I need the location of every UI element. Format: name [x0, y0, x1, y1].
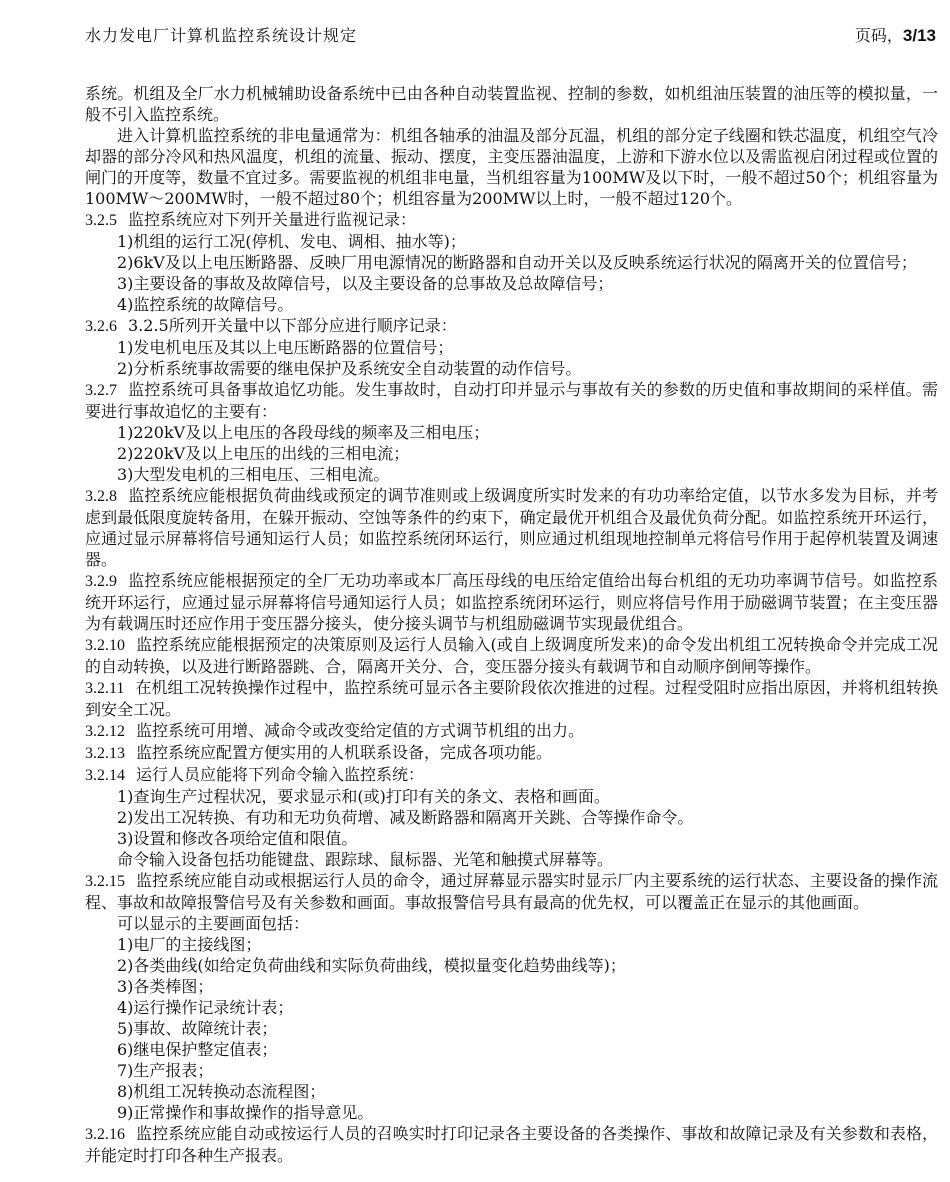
- section-text: 监控系统应能自动或根据运行人员的命令，通过屏幕显示器实时显示厂内主要系统的运行状…: [85, 871, 938, 912]
- list-item: 3)大型发电机的三相电压、三相电流。: [85, 464, 938, 485]
- section-number: 3.2.10: [85, 637, 125, 654]
- section-number: 3.2.8: [85, 488, 117, 505]
- page-header: 水力发电厂计算机监控系统设计规定 页码，3/13: [0, 0, 950, 46]
- section-number: 3.2.12: [85, 723, 125, 740]
- list-item: 5)事故、故障统计表；: [85, 1018, 938, 1039]
- list-item: 2)6kV及以上电压断路器、反映厂用电源情况的断路器和自动开关以及反映系统运行状…: [85, 252, 938, 273]
- list-item: 3)各类棒图；: [85, 976, 938, 997]
- list-item: 4)运行操作记录统计表；: [85, 997, 938, 1018]
- list-item: 1)机组的运行工况(停机、发电、调相、抽水等)；: [85, 231, 938, 252]
- section-number: 3.2.11: [85, 680, 124, 697]
- list-item: 6)继电保护整定值表；: [85, 1039, 938, 1060]
- section-number: 3.2.16: [85, 1126, 125, 1143]
- section-paragraph: 3.2.14运行人员应能将下列命令输入监控系统：: [85, 764, 938, 786]
- section-number: 3.2.9: [85, 573, 117, 590]
- section-paragraph: 3.2.10监控系统应能根据预定的决策原则及运行人员输入(或自上级调度所发来)的…: [85, 634, 938, 677]
- paragraph: 命令输入设备包括功能键盘、跟踪球、鼠标器、光笔和触摸式屏幕等。: [85, 849, 938, 870]
- section-paragraph: 3.2.9监控系统应能根据预定的全厂无功功率或本厂高压母线的电压给定值给出每台机…: [85, 570, 938, 634]
- section-paragraph: 3.2.8监控系统应能根据负荷曲线或预定的调节准则或上级调度所实时发来的有功功率…: [85, 485, 938, 570]
- document-body: 系统。机组及全厂水力机械辅助设备系统中已由各种自动装置监视、控制的参数，如机组油…: [85, 83, 938, 1166]
- list-item: 1)查询生产过程状况，要求显示和(或)打印有关的条文、表格和画面。: [85, 786, 938, 807]
- section-text: 监控系统应能根据预定的全厂无功功率或本厂高压母线的电压给定值给出每台机组的无功功…: [85, 571, 938, 633]
- section-paragraph: 3.2.12监控系统可用增、减命令或改变给定值的方式调节机组的出力。: [85, 720, 938, 742]
- list-item: 2)发出工况转换、有功和无功负荷增、减及断路器和隔离开关跳、合等操作命令。: [85, 807, 938, 828]
- list-item: 3)主要设备的事故及故障信号，以及主要设备的总事故及总故障信号；: [85, 273, 938, 294]
- list-item: 4)监控系统的故障信号。: [85, 294, 938, 315]
- section-paragraph: 3.2.16监控系统应能自动或按运行人员的召唤实时打印记录各主要设备的各类操作、…: [85, 1123, 938, 1166]
- paragraph: 系统。机组及全厂水力机械辅助设备系统中已由各种自动装置监视、控制的参数，如机组油…: [85, 83, 938, 125]
- section-text: 监控系统应能自动或按运行人员的召唤实时打印记录各主要设备的各类操作、事故和故障记…: [85, 1124, 938, 1165]
- list-item: 1)发电机电压及其以上电压断路器的位置信号；: [85, 337, 938, 358]
- section-number: 3.2.5: [85, 212, 117, 229]
- page-number: 3/13: [903, 26, 936, 45]
- list-item: 7)生产报表；: [85, 1060, 938, 1081]
- section-text: 3.2.5所列开关量中以下部分应进行顺序记录：: [128, 316, 457, 335]
- list-item: 1)220kV及以上电压的各段母线的频率及三相电压；: [85, 422, 938, 443]
- list-item: 1)电厂的主接线图；: [85, 934, 938, 955]
- document-title: 水力发电厂计算机监控系统设计规定: [85, 26, 357, 46]
- list-item: 3)设置和修改各项给定值和限值。: [85, 828, 938, 849]
- section-paragraph: 3.2.13监控系统应配置方便实用的人机联系设备，完成各项功能。: [85, 742, 938, 764]
- list-item: 2)220kV及以上电压的出线的三相电流；: [85, 443, 938, 464]
- section-number: 3.2.14: [85, 767, 125, 784]
- section-number: 3.2.7: [85, 382, 117, 399]
- paragraph: 进入计算机监控系统的非电量通常为：机组各轴承的油温及部分瓦温，机组的部分定子线圈…: [85, 125, 938, 209]
- paragraph: 可以显示的主要画面包括：: [85, 913, 938, 934]
- list-item: 9)正常操作和事故操作的指导意见。: [85, 1102, 938, 1123]
- section-paragraph: 3.2.11在机组工况转换操作过程中，监控系统可显示各主要阶段依次推进的过程。过…: [85, 677, 938, 720]
- section-number: 3.2.13: [85, 745, 125, 762]
- list-item: 2)分析系统事故需要的继电保护及系统安全自动装置的动作信号。: [85, 358, 938, 379]
- section-text: 监控系统可具备事故追忆功能。发生事故时，自动打印并显示与事故有关的参数的历史值和…: [85, 380, 938, 421]
- list-item: 2)各类曲线(如给定负荷曲线和实际负荷曲线，模拟量变化趋势曲线等)；: [85, 955, 938, 976]
- section-text: 监控系统应能根据预定的决策原则及运行人员输入(或自上级调度所发来)的命令发出机组…: [85, 635, 938, 676]
- section-text: 运行人员应能将下列命令输入监控系统：: [136, 765, 424, 784]
- page-label: 页码，: [855, 26, 903, 45]
- document-page: 水力发电厂计算机监控系统设计规定 页码，3/13 系统。机组及全厂水力机械辅助设…: [0, 0, 950, 1182]
- section-number: 3.2.15: [85, 873, 125, 890]
- list-item: 8)机组工况转换动态流程图；: [85, 1081, 938, 1102]
- section-paragraph: 3.2.5监控系统应对下列开关量进行监视记录：: [85, 209, 938, 231]
- section-text: 在机组工况转换操作过程中，监控系统可显示各主要阶段依次推进的过程。过程受阻时应指…: [85, 678, 938, 719]
- section-text: 监控系统可用增、减命令或改变给定值的方式调节机组的出力。: [136, 721, 584, 740]
- section-paragraph: 3.2.63.2.5所列开关量中以下部分应进行顺序记录：: [85, 315, 938, 337]
- section-text: 监控系统应配置方便实用的人机联系设备，完成各项功能。: [136, 743, 552, 762]
- section-text: 监控系统应能根据负荷曲线或预定的调节准则或上级调度所实时发来的有功功率给定值，以…: [85, 486, 938, 569]
- section-paragraph: 3.2.15监控系统应能自动或根据运行人员的命令，通过屏幕显示器实时显示厂内主要…: [85, 870, 938, 913]
- section-number: 3.2.6: [85, 318, 117, 335]
- section-text: 监控系统应对下列开关量进行监视记录：: [128, 210, 416, 229]
- page-indicator: 页码，3/13: [855, 26, 936, 46]
- section-paragraph: 3.2.7监控系统可具备事故追忆功能。发生事故时，自动打印并显示与事故有关的参数…: [85, 379, 938, 422]
